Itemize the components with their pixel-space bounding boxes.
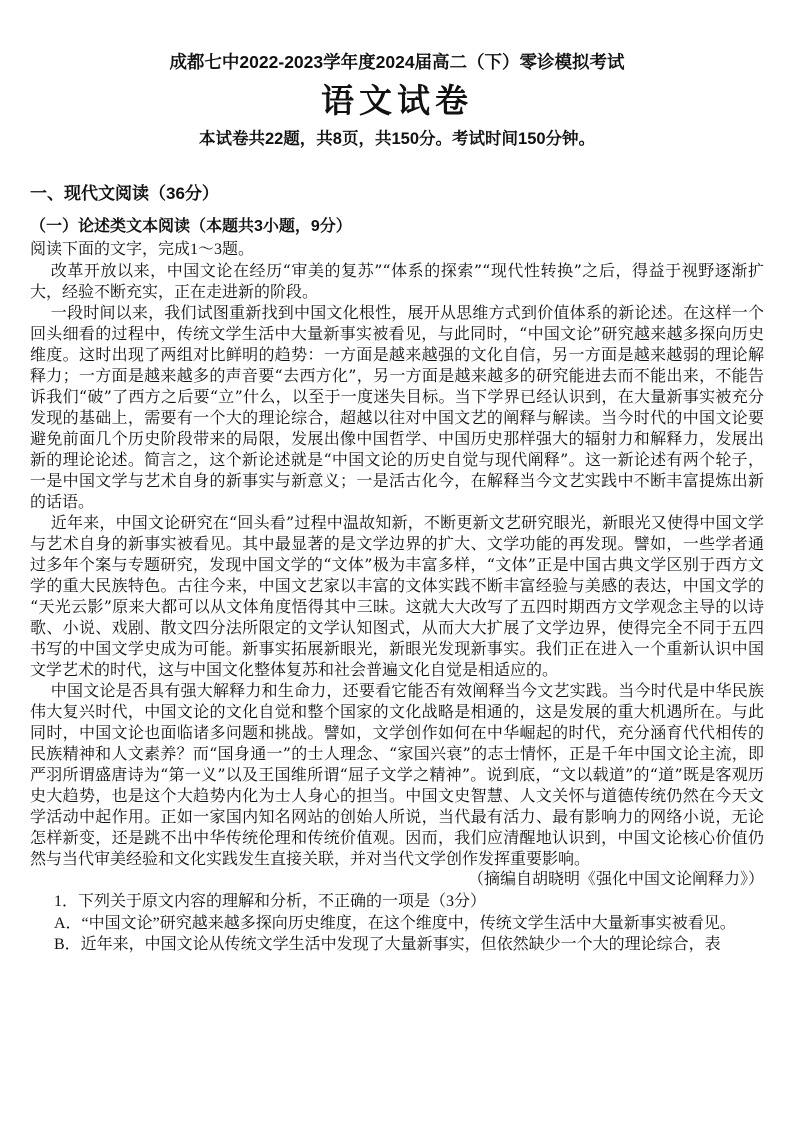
subsection-heading-argumentative-reading: （一）论述类文本阅读（本题共3小题，9分） xyxy=(30,216,764,238)
section-heading-modern-reading: 一、现代文阅读（36分） xyxy=(30,182,764,206)
passage-paragraph-4: 中国文论是否具有强大解释力和生命力，还要看它能否有效阐释当今文艺实践。当今时代是… xyxy=(30,680,764,869)
question-1-option-b: B．近年来，中国文论从传统文学生活中发现了大量新事实，但依然缺少一个大的理论综合… xyxy=(30,934,764,956)
question-1-stem: 1．下列关于原文内容的理解和分析，不正确的一项是（3分） xyxy=(30,891,764,913)
exam-info-line: 本试卷共22题，共8页，共150分。考试时间150分钟。 xyxy=(30,128,764,151)
reading-passage: 改革开放以来，中国文论在经历“审美的复苏”“体系的探索”“现代性转换”之后，得益… xyxy=(30,260,764,869)
exam-header-line: 成都七中2022-2023学年度2024届高二（下）零诊模拟考试 xyxy=(30,50,764,74)
reading-instruction: 阅读下面的文字，完成1～3题。 xyxy=(30,239,764,260)
exam-paper-page: 成都七中2022-2023学年度2024届高二（下）零诊模拟考试 语文试卷 本试… xyxy=(0,0,794,1123)
passage-paragraph-1: 改革开放以来，中国文论在经历“审美的复苏”“体系的探索”“现代性转换”之后，得益… xyxy=(30,260,764,302)
question-1-option-a: A．“中国文论”研究越来越多探向历史维度，在这个维度中，传统文学生活中大量新事实… xyxy=(30,913,764,935)
passage-paragraph-2: 一段时间以来，我们试图重新找到中国文化根性，展开从思维方式到价值体系的新论述。在… xyxy=(30,302,764,512)
exam-title: 语文试卷 xyxy=(30,81,764,121)
passage-attribution: （摘编自胡晓明《强化中国文论阐释力》） xyxy=(30,869,764,891)
passage-paragraph-3: 近年来，中国文论研究在“回头看”过程中温故知新，不断更新文艺研究眼光，新眼光又使… xyxy=(30,512,764,680)
question-1: 1．下列关于原文内容的理解和分析，不正确的一项是（3分） A．“中国文论”研究越… xyxy=(30,891,764,956)
